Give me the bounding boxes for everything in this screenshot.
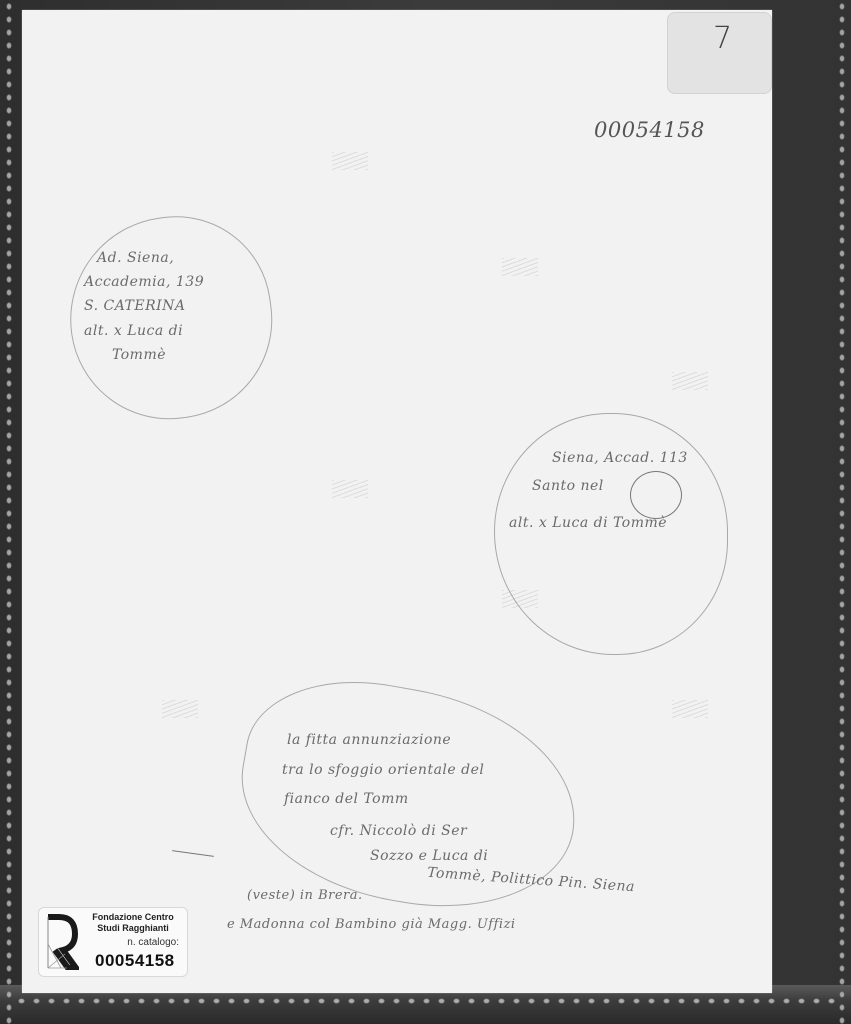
note-line: fianco del Tomm <box>284 791 409 807</box>
note-line: S. CATERINA <box>84 298 186 314</box>
perforation-strip-left <box>2 0 16 1024</box>
note-line: e Madonna col Bambino già Magg. Uffizi <box>227 917 516 932</box>
faint-stamp <box>672 700 708 718</box>
note-line: la fitta annunziazione <box>287 732 451 748</box>
faint-stamp <box>332 152 368 170</box>
note-line: alt. x Luca di <box>84 323 183 339</box>
note-line: tra lo sfoggio orientale del <box>282 762 484 778</box>
note-line: Siena, Accad. 113 <box>552 450 688 466</box>
tab-number-box: 7 <box>667 12 772 94</box>
note-line: Sozzo e Luca di <box>370 848 488 864</box>
note-line: Santo nel <box>532 478 604 494</box>
pencil-dash-mark <box>172 850 214 857</box>
catalog-label: Fondazione Centro Studi Ragghianti n. ca… <box>38 907 188 977</box>
faint-stamp <box>162 700 198 718</box>
photo-verso-page: 7 00054158 Ad. Siena, Accademia, 139 S. … <box>22 10 772 993</box>
note-line: cfr. Niccolò di Ser <box>330 823 467 839</box>
tab-number: 7 <box>713 21 733 56</box>
label-organization: Fondazione Centro Studi Ragghianti <box>83 912 183 934</box>
label-catalog-number: 00054158 <box>95 951 175 971</box>
note-line: alt. x Luca di Tommè <box>509 515 667 531</box>
note-line: Accademia, 139 <box>84 274 204 290</box>
label-org-line2: Studi Ragghianti <box>83 923 183 934</box>
pencil-circle-left <box>57 204 285 432</box>
faint-stamp <box>332 480 368 498</box>
perforation-strip-right <box>835 0 849 1024</box>
perforation-strip-bottom <box>14 994 837 1008</box>
note-line: Ad. Siena, <box>97 250 174 266</box>
inventory-number-handwritten: 00054158 <box>594 118 705 142</box>
faint-stamp <box>502 258 538 276</box>
ragghianti-r-logo-icon <box>45 914 79 970</box>
label-org-line1: Fondazione Centro <box>83 912 183 923</box>
note-line: Tommè <box>112 347 166 363</box>
faint-stamp <box>672 372 708 390</box>
note-line: (veste) in Brera. <box>247 888 363 903</box>
pencil-small-circle <box>630 471 682 519</box>
label-catalog-caption: n. catalogo: <box>127 937 179 948</box>
